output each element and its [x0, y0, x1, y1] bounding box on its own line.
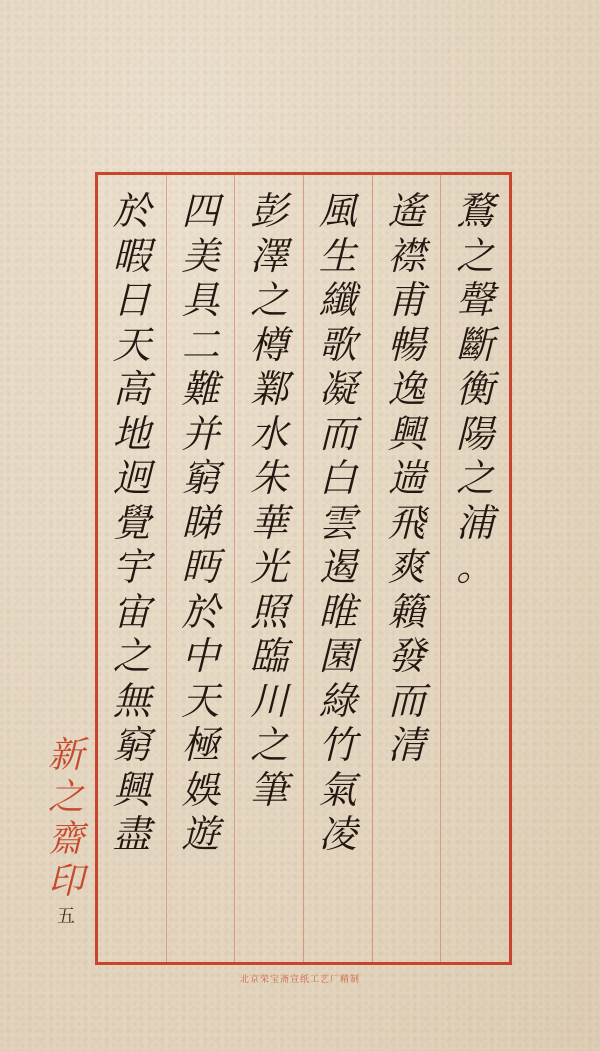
calligraphy-character: 之 — [239, 278, 299, 323]
calligraphy-character: 彭 — [239, 189, 299, 234]
calligraphy-character: 生 — [308, 234, 368, 279]
calligraphy-character: 迥 — [102, 456, 162, 501]
calligraphy-character: 水 — [239, 412, 299, 457]
column-text: 鶩之聲斷衡陽之浦。 — [445, 189, 505, 590]
calligraphy-character: 之 — [445, 456, 505, 501]
signature-seal: 新之齋印 五 — [48, 735, 84, 929]
seal-character: 之 — [48, 777, 84, 819]
calligraphy-character: 暢 — [376, 323, 436, 368]
calligraphy-character: 地 — [102, 412, 162, 457]
column-text: 於暇日天高地迥覺宇宙之無窮興盡 — [102, 189, 162, 857]
calligraphy-character: 宙 — [102, 590, 162, 635]
column-text: 四美具二難并窮睇眄於中天極娛遊 — [170, 189, 230, 857]
calligraphy-character: 氣 — [308, 768, 368, 813]
seal-character: 齋 — [48, 819, 84, 861]
calligraphy-character: 天 — [102, 323, 162, 368]
column-1: 鶩之聲斷衡陽之浦。 — [440, 175, 509, 962]
calligraphy-character: 美 — [170, 234, 230, 279]
calligraphy-character: 二 — [170, 323, 230, 368]
signature-mark: 五 — [57, 905, 75, 929]
column-6: 於暇日天高地迥覺宇宙之無窮興盡 — [98, 175, 166, 962]
seal-character: 印 — [48, 861, 84, 903]
calligraphy-character: 興 — [102, 768, 162, 813]
calligraphy-character: 睢 — [308, 590, 368, 635]
calligraphy-character: 高 — [102, 367, 162, 412]
calligraphy-character: 朱 — [239, 456, 299, 501]
column-text: 遙襟甫暢逸興遄飛爽籟發而清 — [376, 189, 436, 768]
calligraphy-character: 之 — [102, 634, 162, 679]
column-5: 四美具二難并窮睇眄於中天極娛遊 — [166, 175, 235, 962]
calligraphy-character: 難 — [170, 367, 230, 412]
seal-character: 新 — [48, 735, 84, 777]
calligraphy-character: 於 — [170, 590, 230, 635]
calligraphy-character: 暇 — [102, 234, 162, 279]
calligraphy-character: 澤 — [239, 234, 299, 279]
calligraphy-character: 聲 — [445, 278, 505, 323]
calligraphy-character: 而 — [376, 679, 436, 724]
calligraphy-character: 遊 — [170, 812, 230, 857]
calligraphy-character: 極 — [170, 723, 230, 768]
calligraphy-character: 清 — [376, 723, 436, 768]
seal-text: 新之齋印 — [48, 735, 84, 903]
calligraphy-character: 娛 — [170, 768, 230, 813]
calligraphy-character: 遙 — [376, 189, 436, 234]
calligraphy-character: 筆 — [239, 768, 299, 813]
calligraphy-character: 而 — [308, 412, 368, 457]
calligraphy-character: 之 — [445, 234, 505, 279]
calligraphy-character: 纖 — [308, 278, 368, 323]
calligraphy-character: 於 — [102, 189, 162, 234]
calligraphy-character: 眄 — [170, 545, 230, 590]
calligraphy-character: 歌 — [308, 323, 368, 368]
calligraphy-character: 發 — [376, 634, 436, 679]
column-text: 彭澤之樽鄴水朱華光照臨川之筆 — [239, 189, 299, 812]
calligraphy-character: 光 — [239, 545, 299, 590]
calligraphy-character: 覺 — [102, 501, 162, 546]
calligraphy-character: 浦 — [445, 501, 505, 546]
calligraphy-character: 四 — [170, 189, 230, 234]
calligraphy-character: 綠 — [308, 679, 368, 724]
calligraphy-character: 衡 — [445, 367, 505, 412]
calligraphy-character: 日 — [102, 278, 162, 323]
calligraphy-character: 白 — [308, 456, 368, 501]
calligraphy-character: 園 — [308, 634, 368, 679]
calligraphy-character: 具 — [170, 278, 230, 323]
calligraphy-character: 凌 — [308, 812, 368, 857]
calligraphy-character: 甫 — [376, 278, 436, 323]
calligraphy-character: 陽 — [445, 412, 505, 457]
calligraphy-character: 興 — [376, 412, 436, 457]
calligraphy-character: 斷 — [445, 323, 505, 368]
calligraphy-character: 遏 — [308, 545, 368, 590]
column-4: 彭澤之樽鄴水朱華光照臨川之筆 — [234, 175, 303, 962]
calligraphy-character: 中 — [170, 634, 230, 679]
calligraphy-character: 爽 — [376, 545, 436, 590]
calligraphy-character: 窮 — [170, 456, 230, 501]
calligraphy-character: 襟 — [376, 234, 436, 279]
printer-imprint: 北京荣宝斋宣纸工艺厂精制 — [0, 972, 600, 985]
column-text: 風生纖歌凝而白雲遏睢園綠竹氣凌 — [308, 189, 368, 857]
calligraphy-character: 竹 — [308, 723, 368, 768]
calligraphy-character: 樽 — [239, 323, 299, 368]
calligraphy-character: 風 — [308, 189, 368, 234]
calligraphy-character: 。 — [445, 545, 505, 590]
calligraphy-character: 逸 — [376, 367, 436, 412]
calligraphy-character: 無 — [102, 679, 162, 724]
calligraphy-character: 之 — [239, 723, 299, 768]
calligraphy-character: 臨 — [239, 634, 299, 679]
calligraphy-character: 華 — [239, 501, 299, 546]
calligraphy-character: 籟 — [376, 590, 436, 635]
calligraphy-character: 川 — [239, 679, 299, 724]
calligraphy-character: 遄 — [376, 456, 436, 501]
text-columns: 鶩之聲斷衡陽之浦。 遙襟甫暢逸興遄飛爽籟發而清 風生纖歌凝而白雲遏睢園綠竹氣凌 … — [98, 175, 509, 962]
calligraphy-character: 雲 — [308, 501, 368, 546]
calligraphy-character: 睇 — [170, 501, 230, 546]
calligraphy-character: 窮 — [102, 723, 162, 768]
calligraphy-character: 照 — [239, 590, 299, 635]
calligraphy-character: 飛 — [376, 501, 436, 546]
calligraphy-character: 凝 — [308, 367, 368, 412]
column-3: 風生纖歌凝而白雲遏睢園綠竹氣凌 — [303, 175, 372, 962]
calligraphy-character: 天 — [170, 679, 230, 724]
manuscript-frame: 鶩之聲斷衡陽之浦。 遙襟甫暢逸興遄飛爽籟發而清 風生纖歌凝而白雲遏睢園綠竹氣凌 … — [95, 172, 512, 965]
column-2: 遙襟甫暢逸興遄飛爽籟發而清 — [372, 175, 441, 962]
calligraphy-character: 盡 — [102, 812, 162, 857]
calligraphy-character: 鶩 — [445, 189, 505, 234]
calligraphy-character: 宇 — [102, 545, 162, 590]
calligraphy-character: 鄴 — [239, 367, 299, 412]
calligraphy-character: 并 — [170, 412, 230, 457]
